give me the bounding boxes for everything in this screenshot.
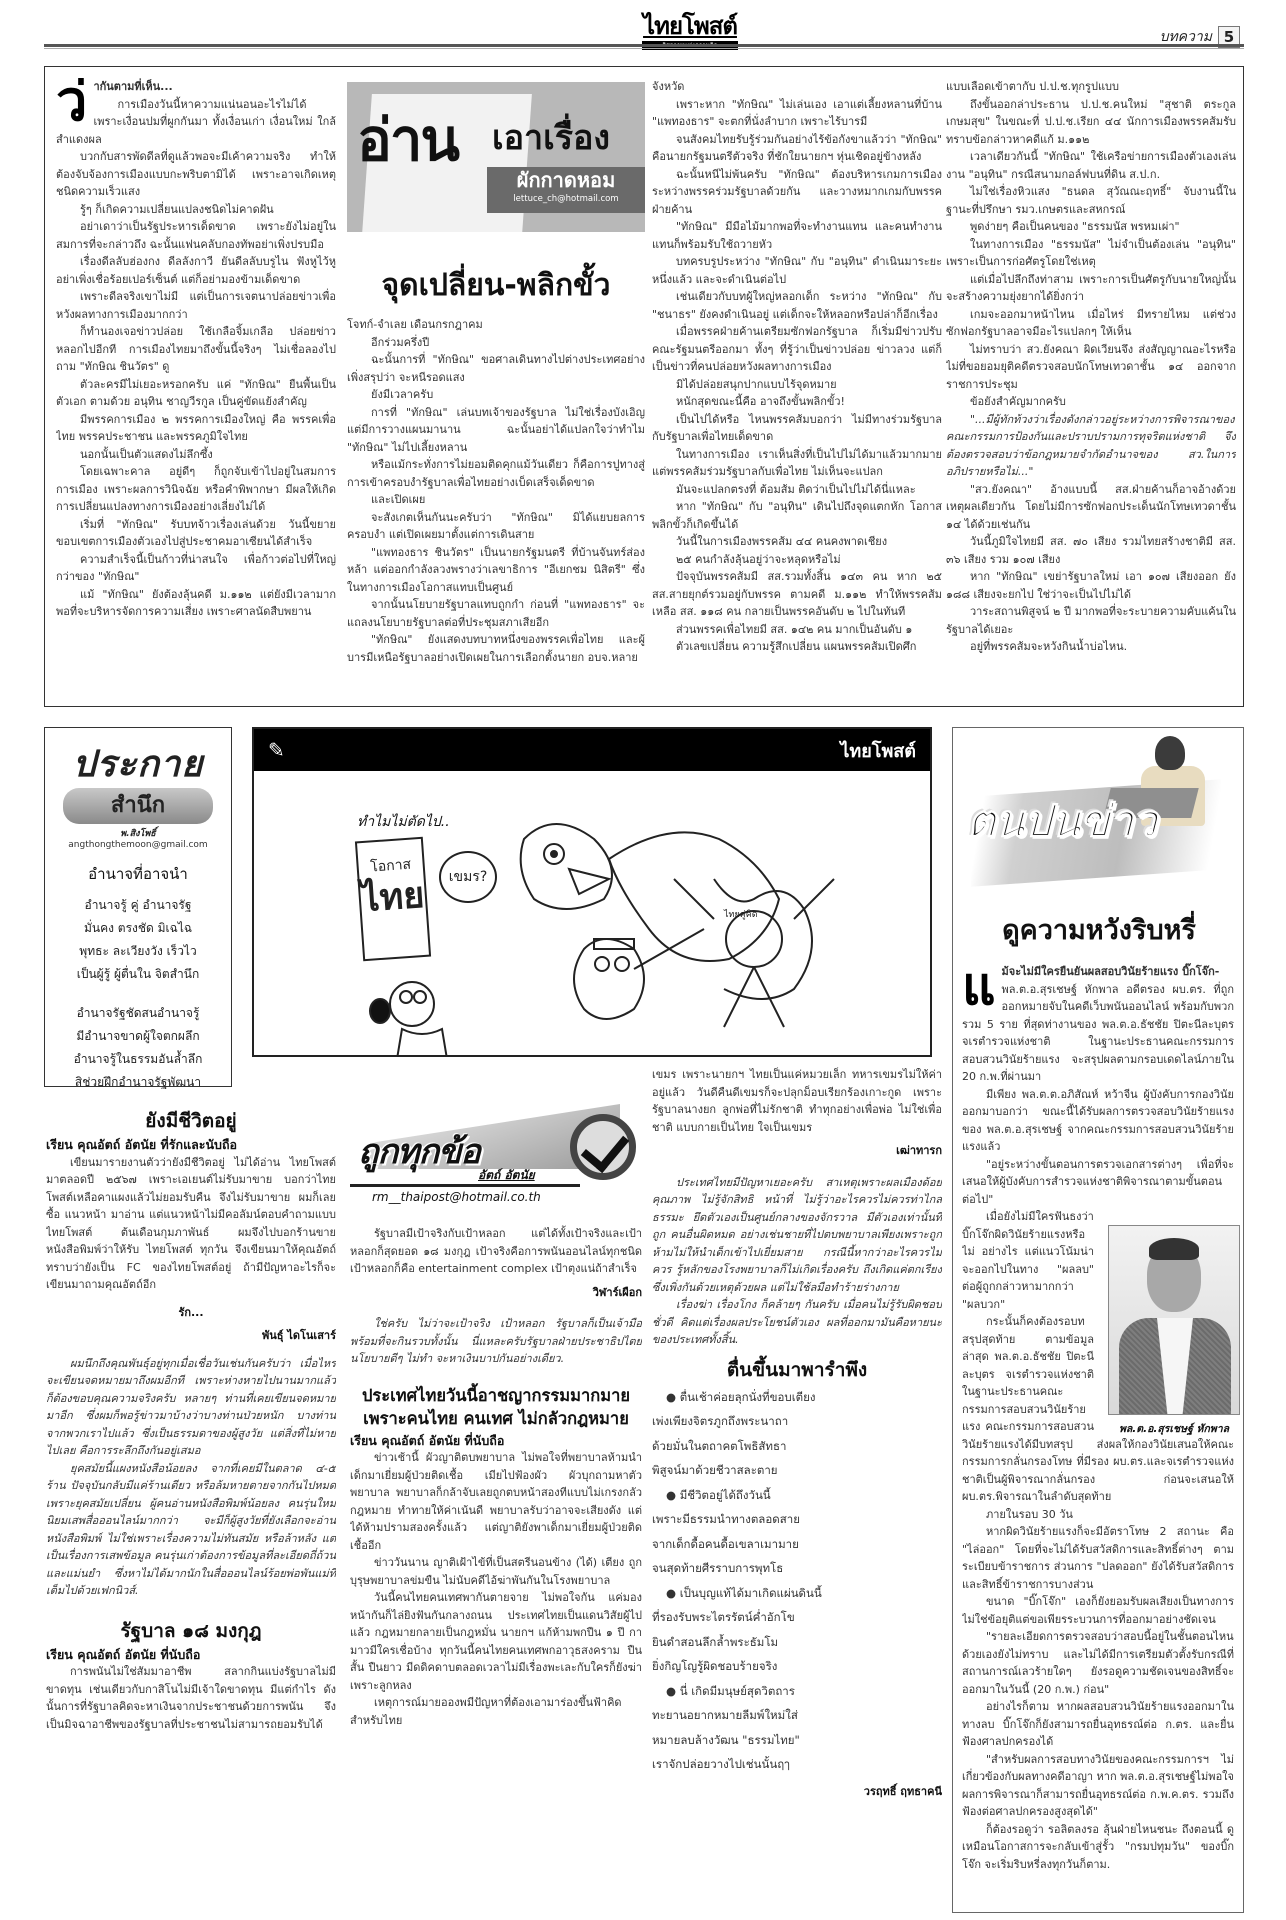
- poem-line: เป็นผู้รู้ ผู้ตื่นใน จิตสำนึก: [45, 963, 231, 986]
- paragraph: เป็นไปได้หรือ ไหนพรรคส้มบอกว่า ไม่มีทางร…: [652, 411, 942, 446]
- poem-line: มั่นคง ตรงชัด มิเฉไฉ: [45, 917, 231, 940]
- paragraph: บทครบรูประหว่าง "ทักษิณ" กับ "อนุทิน" ดำ…: [652, 253, 942, 288]
- paragraph: แบบเลือดเข้าตากับ ป.ป.ช.ทุกรูปแบบ: [946, 78, 1236, 96]
- letter-paragraph: ข่าววันนาน ญาติเฝ้าไข้ที่เป็นสตรีนอนข้าง…: [350, 1554, 642, 1589]
- poem-line: อำนาจรู้ในธรรมอันล้ำลึก: [45, 1048, 231, 1071]
- poem-line: พุทธะ ละเวียงวัง เร็วไว: [45, 940, 231, 963]
- poem-line: สิช่วยฝึกอำนาจรัฐพัฒนา: [45, 1071, 231, 1094]
- paragraph: มีเพียง พล.ต.ต.อภิสัณห์ หว้าจีน ผู้บังคั…: [962, 1086, 1234, 1156]
- qa-column-banner: ถูกทุกข้อ อัตถ์ อัตนัย rm__thaipost@hotm…: [350, 1092, 650, 1214]
- column-logo: ตนปนข่าว: [967, 786, 1156, 856]
- poem-line: อำนาจรู้ คู่ อำนาจรัฐ: [45, 894, 231, 917]
- letter-salutation: เรียน คุณอัตถ์ อัตนัย ที่นับถือ: [350, 1432, 642, 1450]
- paragraph: ๒๕ คนกำลังลุ้นอยู่ว่าจะหลุดหรือไม่: [652, 551, 942, 569]
- letter-signature: พันธุ์ ไดโนเสาร์: [46, 1327, 336, 1345]
- paragraph: วาระสถานพิสูจน์ ๒ ปี มากพอที่จะระบายความ…: [946, 603, 1236, 638]
- poem-line: ● เป็นบุญแท้ได้มาเกิดแผ่นดินนี้: [652, 1581, 942, 1606]
- cartoon-sign: โอกาส ไทย: [355, 837, 431, 961]
- poem-line: ● ตื่นเช้าค่อยลุกนั่งที่ขอบเตียง: [652, 1385, 942, 1410]
- paragraph: ฉะนั้นการที่ "ทักษิณ" ขอศาลเดินทางไปต่าง…: [347, 351, 645, 386]
- paragraph: จากนั้นนโยบายรัฐบาลแทบถูกกำ ก่อนที่ "แพท…: [347, 596, 645, 631]
- poem-line: เพราะมีธรรมนำทางตลอดสาย: [652, 1507, 942, 1532]
- girl-figure-icon: [362, 969, 472, 1057]
- poem-line: ด้วยมั่นในตถาคตโพธิสัทธา: [652, 1434, 942, 1459]
- cartoon-header-bar: ✎ ไทยโพสต์: [254, 729, 930, 771]
- paragraph: วันนี้ภูมิใจไทยมี สส. ๗๐ เสียง รวมไทยสร้…: [946, 533, 1236, 568]
- paragraph: มิได้ปล่อยสนุกปากแบบไร้จุดหมาย: [652, 376, 942, 394]
- paragraph: มีพรรคการเมือง ๒ พรรคการเมืองใหญ่ คือ พร…: [56, 411, 336, 446]
- poem-heading: ตื่นขึ้นมาพารำพึง: [652, 1357, 942, 1383]
- paragraph: ฉะนั้นหนีไม่พ้นครับ "ทักษิณ" ต้องบริหารเ…: [652, 166, 942, 219]
- dropcap: แ: [962, 963, 996, 1011]
- banner-author: อัตถ์ อัตนัย: [478, 1166, 535, 1185]
- paragraph: อย่างไรก็ตาม หากผลสอบสวนวินัยร้ายแรงออกม…: [962, 1698, 1234, 1751]
- letter-paragraph: ข่าวเช้านี้ ผัวญาติตบพยาบาล ไม่พอใจที่พย…: [350, 1449, 642, 1554]
- paragraph: เช่นเดียวกับบทผู้ใหญ่หลอกเด็ก ระหว่าง "ท…: [652, 288, 942, 323]
- paragraph: ปัจจุบันพรรคส้มมี สส.รวมทั้งสิ้น ๑๔๓ คน …: [652, 568, 942, 621]
- paragraph: เขมร เพราะนายกฯ ไทยเป็นแค่หมวยเล็ก ทหารเ…: [652, 1066, 942, 1136]
- paragraph: ในทางการเมือง เราเห็นสิ่งที่เป็นไปไม่ได้…: [652, 446, 942, 481]
- poem-author: พ.สิงโพธิ์: [45, 826, 231, 840]
- paragraph: อีกร่วมครึ่งปี: [347, 334, 645, 352]
- paragraph: "ทักษิณ" ยังแสดงบทบาทหนึ่งของพรรคเพื่อไท…: [347, 631, 645, 666]
- letter-title: ยังมีชีวิตอยู่: [46, 1108, 336, 1134]
- cartoon-letter-column: เขมร เพราะนายกฯ ไทยเป็นแค่หมวยเล็ก ทหารเ…: [652, 1066, 942, 1886]
- poem-box: ประกาย สำนึก พ.สิงโพธิ์ angthongthemoon@…: [44, 727, 232, 1087]
- poem-title: อำนาจที่อาจนำ: [45, 862, 231, 886]
- banner-email[interactable]: rm__thaipost@hotmail.co.th: [372, 1190, 541, 1204]
- letter-paragraph: รัฐบาลมีเป้าจริงกับเป้าหลอก แต่ได้ทั้งเป…: [350, 1225, 642, 1278]
- poem-line: ● มีชีวิตอยู่ได้ถึงวันนี้: [652, 1483, 942, 1508]
- letter-signature: เฒ่าทารก: [652, 1142, 942, 1160]
- dropcap: ว่: [56, 78, 87, 126]
- column-banner: อ่าน เอาเรื่อง ผักกาดหอม lettuce_ch@hotm…: [347, 82, 645, 232]
- reply-paragraph: เรื่องฆ่า เรื่องโกง ก็คล้ายๆ กันครับ เมื…: [652, 1296, 942, 1349]
- poem-line: พิสูจน์มาด้วยชีวาสละตาย: [652, 1458, 942, 1483]
- letters-mid-column: รัฐบาลมีเป้าจริงกับเป้าหลอก แต่ได้ทั้งเป…: [350, 1225, 642, 1915]
- poem-line: หมายลบล้างวัฒน "ธรรมไทย": [652, 1728, 942, 1753]
- paragraph: ก็ต้องรอดูว่า รอลิตลงรอ ลุ้นฝ่ายไหนชนะ ถ…: [962, 1821, 1234, 1874]
- paragraph: วันนี้ในการเมืองพรรคส้ม ๔๔ คนคงพาดเชียง: [652, 533, 942, 551]
- top-article-column-2: โจทก์-จำเลย เดือนกรกฎาคม อีกร่วมครึ่งปี …: [347, 316, 645, 702]
- paragraph: จนสังคมไทยรับรู้ร่วมกันอย่างไร้ข้อกังขาแ…: [652, 131, 942, 166]
- poem-line: จนสุดท้ายศีรราบการพุทโธ: [652, 1556, 942, 1581]
- top-article-column-4: แบบเลือดเข้าตากับ ป.ป.ช.ทุกรูปแบบ ถึงขั้…: [946, 78, 1236, 702]
- paragraph: "รายละเอียดการตรวจสอบว่าสอบนี้อยู่ในชั้น…: [962, 1628, 1234, 1698]
- cartoon-caption: ทำไมไม่ตัดไป..: [357, 811, 450, 833]
- paragraph: ถึงขั้นออกล่าประธาน ป.ป.ช.คนใหม่ "สุชาติ…: [946, 96, 1236, 149]
- letters-left-column: ยังมีชีวิตอยู่ เรียน คุณอัตถ์ อัตนัย ที่…: [46, 1100, 336, 1915]
- paragraph: เมื่อพรรคฝ่ายค้านเตรียมซักฟอกรัฐบาล ก็เร…: [652, 323, 942, 376]
- letter-salutation: เรียน คุณอัตถ์ อัตนัย ที่นับถือ: [46, 1646, 336, 1664]
- letter-closing: รัก...: [46, 1304, 336, 1322]
- poem-line: ยิ่งกิญโญรู้ผิดชอบร้ายจริง: [652, 1654, 942, 1679]
- paragraph: ขนาด "บิ๊กโจ๊ก" เองก็ยังยอมรับผลเสียงเป็…: [962, 1593, 1234, 1628]
- poem-signature: วรฤทธิ์ ฤทธาคนี: [652, 1783, 942, 1801]
- poem-line: เราจักปล่อยวางไปเช่นนั้นฤๅ: [652, 1752, 942, 1777]
- quote: "...มีผู้ทักท้วงว่าเรื่องดังกล่าวอยู่ระห…: [946, 411, 1236, 481]
- paragraph: อยู่ที่พรรคส้มจะหวังกินน้ำบ่อไหน.: [946, 638, 1236, 656]
- paragraph: "สว.ยังคณา" อ้างแบบนี้ สส.ฝ่ายค้านก็อาจอ…: [946, 481, 1236, 534]
- letter-title: ประเทศไทยวันนี้อาชญากรรมมากมาย เพราะคนไท…: [350, 1384, 642, 1430]
- paragraph: หาก "ทักษิณ" กับ "อนุทิน" เดินไปถึงจุดแต…: [652, 498, 942, 533]
- poem-line: เพ่งเพียงจิตรภูกถึงพระนาถา: [652, 1409, 942, 1434]
- poem-line: จากเด็กดื้อคนดื้อเขลาเมามาย: [652, 1532, 942, 1557]
- paragraph: ข้อยังสำคัญมากครับ: [946, 393, 1236, 411]
- paragraph: ยังมีเวลาครับ: [347, 386, 645, 404]
- cartoon-label: ไทยคู่คิด: [723, 909, 758, 920]
- paragraph: จะสังเกตเห็นกันนะครับว่า "ทักษิณ" มิได้แ…: [347, 509, 645, 544]
- letter-title: รัฐบาล ๑๘ มงกุฎ: [46, 1618, 336, 1644]
- poem-line: มีอำนาจขาดผู้ใจตกผลึก: [45, 1025, 231, 1048]
- editorial-cartoon: ✎ ไทยโพสต์ ทำไมไม่ตัดไป.. โอกาส ไทย เขมร…: [252, 727, 932, 1057]
- column-headline: ดูความหวังริบหรี่: [953, 908, 1245, 951]
- sign-text-2: ไทย: [360, 875, 427, 921]
- letter-paragraph: เหตุการณ์มายอองพมีปัญหาที่ต้องเอามาร่องข…: [350, 1694, 642, 1729]
- paragraph: บวกกับสารพัดดีลที่ดูแล้วพอจะมีเค้าความจร…: [56, 148, 336, 201]
- paragraph: หาก "ทักษิณ" เขย่ารัฐบาลใหม่ เอา ๑๐๗ เสี…: [946, 568, 1236, 603]
- paragraph: จังหวัด: [652, 78, 942, 96]
- paragraph: การเมืองวันนี้หาความแน่นอนอะไรไม่ได้ เพร…: [56, 96, 336, 149]
- letter-paragraph: วันนี้คนไทยคนเทศพากันตายจาย ไม่พอใจกัน แ…: [350, 1589, 642, 1694]
- reply-paragraph: ประเทศไทยมีปัญหาเยอะครับ สาเหตุเพราะผลเม…: [652, 1174, 942, 1297]
- paragraph: แม้ "ทักษิณ" ยังต้องลุ้นคดี ม.๑๑๒ แต่ยัง…: [56, 586, 336, 621]
- poem-line: ยินดำสอนลึกล้ำพระธัมโม: [652, 1630, 942, 1655]
- banner-title-big: อ่าน: [357, 110, 458, 170]
- paragraph: ความสำเร็จนี้เป็นก้าวที่น่าสนใจ เพื่อก้า…: [56, 551, 336, 586]
- article-lead: ากันตามที่เห็น...: [56, 78, 336, 96]
- article-headline: จุดเปลี่ยน-พลิกขั้ว: [347, 262, 645, 309]
- paragraph: เพราะดีลจริงเขาไม่มี แต่เป็นการเจตนาปล่อ…: [56, 288, 336, 323]
- cartoon-brand: ไทยโพสต์: [840, 736, 916, 765]
- banner-underline: [350, 1184, 580, 1187]
- byline-box: ผักกาดหอม lettuce_ch@hotmail.com: [487, 167, 645, 213]
- masthead-rule: [44, 44, 1244, 47]
- top-article-column-1: ว่ ากันตามที่เห็น... การเมืองวันนี้หาควา…: [56, 78, 336, 698]
- paragraph: โดยเฉพาะคาล อยู่ดีๆ ก็ถูกจับเข้าไปอยู่ใน…: [56, 463, 336, 516]
- poem-lines: ● ตื่นเช้าค่อยลุกนั่งที่ขอบเตียง เพ่งเพี…: [652, 1385, 942, 1777]
- letter-paragraph: เขียนมารายงานตัวว่ายังมีชีวิตอยู่ ไม่ได้…: [46, 1154, 336, 1294]
- paragraph: ก็ทำนองเจอข่าวปล่อย ใช้เกลือจิ้มเกลือ ปล…: [56, 323, 336, 376]
- reply-paragraph: ใช่ครับ ไม่ว่าจะเป้าจริง เป้าหลอก รัฐบาล…: [350, 1315, 642, 1368]
- paragraph: นอกนั้นเป็นตัวแสดงไม่ลึกซึ้ง: [56, 446, 336, 464]
- poem-email[interactable]: angthongthemoon@gmail.com: [45, 840, 231, 850]
- letter-salutation: เรียน คุณอัตถ์ อัตนัย ที่รักและนับถือ: [46, 1136, 336, 1154]
- paragraph: มันจะแปลกตรงที่ ต้อมส้ม ติดว่าเป็นไปไม่ไ…: [652, 481, 942, 499]
- paragraph: เรื่องดีลลับฮ่องกง ดีลลังกาวี ยันดีลลับบ…: [56, 253, 336, 288]
- paragraph: เวลาเดียวกันนี้ "ทักษิณ" ใช้เครือข่ายการ…: [946, 148, 1236, 183]
- reply-paragraph: ยุคสมัยนี้แผงหนังสือน้อยลง จากที่เคยมีใน…: [46, 1460, 336, 1600]
- paragraph: เพราะหาก "ทักษิณ" ไม่เล่นเอง เอาแต่เลี้ย…: [652, 96, 942, 131]
- poem-line: ● นี่ เกิดมีมนุษย์สุดวิตถาร: [652, 1679, 942, 1704]
- logo-text: ไทยโพสต์: [640, 12, 740, 40]
- banner-title: ถูกทุกข้อ: [358, 1124, 480, 1178]
- paragraph: พูดง่ายๆ คือเป็นคนของ "ธรรมนัส พรหมเผ่า": [946, 218, 1236, 236]
- poem-line: ที่รองรับพระไตรรัตน์ค่ำอักโข: [652, 1605, 942, 1630]
- paragraph: "สำหรับผลการสอบทางวินัยของคณะกรรมการฯ ไม…: [962, 1751, 1234, 1821]
- cartoon-drawing-icon: ไทยคู่คิด: [514, 799, 894, 1057]
- paragraph: ส่วนพรรคเพื่อไทยมี สส. ๑๔๒ คน มากเป็นอัน…: [652, 621, 942, 639]
- paragraph: พล.ต.อ.สุรเชษฐ์ หักพาล อดีตรอง ผบ.ตร. ที…: [962, 981, 1234, 1086]
- paragraph: โจทก์-จำเลย เดือนกรกฎาคม: [347, 316, 645, 334]
- paragraph: "ทักษิณ" มีมือไม้มากพอที่จะทำงานแทน และค…: [652, 218, 942, 253]
- paragraph: แต่เมื่อไปลึกถึงท่าสาม เพราะการเป็นศัตรู…: [946, 271, 1236, 306]
- paragraph: ไม่ใช่เรื่องหิวแสง "ธนดล สุวัณณะฤทธิ์" จ…: [946, 183, 1236, 218]
- banner-title-small: เอาเรื่อง: [492, 118, 610, 158]
- author-email[interactable]: lettuce_ch@hotmail.com: [487, 193, 645, 205]
- paragraph: เกมจะออกมาหน้าไหน เมื่อไหร่ มีทรายไหม แต…: [946, 306, 1236, 341]
- person-photo: [1108, 1225, 1240, 1415]
- paragraph: อย่าเดาว่าเป็นรัฐประหารเด็ดขาด เพราะยังไ…: [56, 218, 336, 253]
- paragraph: "อยู่ระหว่างขั้นตอนการตรวจเอกสารต่างๆ เพ…: [962, 1156, 1234, 1209]
- speech-bubble: เขมร?: [439, 851, 497, 903]
- letter-paragraph: การพนันไม่ใช่สัมมาอาชีพ สลากกินแบ่งรัฐบา…: [46, 1663, 336, 1733]
- reply-paragraph: ผมนึกถึงคุณพันธุ์อยู่ทุกเมื่อเชื่อวันเช่…: [46, 1355, 336, 1460]
- paragraph: "แพทองธาร ชินวัตร" เป็นนายกรัฐมนตรี ที่บ…: [347, 544, 645, 597]
- letter-signature: วิฬาร์เผือก: [350, 1284, 642, 1302]
- paragraph: เริ่มที่ "ทักษิณ" รับบทจ้าวเรื่องเล่นด้ว…: [56, 516, 336, 551]
- poem-line: ทะยานอยากหมายลีมพ์ใหม่ใส่: [652, 1703, 942, 1728]
- masthead-rule-thin: [44, 48, 1244, 49]
- photo-caption: พล.ต.อ.สุรเชษฐ์ หักพาล: [1108, 1420, 1240, 1437]
- paragraph: หรือแม้กระทั่งการไม่ยอมติดคุกแม้วันเดียว…: [347, 456, 645, 491]
- paragraph: และเปิดเผย: [347, 491, 645, 509]
- mascot-icon: ✎: [268, 738, 285, 762]
- paragraph: หนักสุดขณะนี้คือ อาจถึงขั้นพลิกขั้ว!: [652, 393, 942, 411]
- author-name: ผักกาดหอม: [487, 167, 645, 193]
- paragraph: ในทางการเมือง "ธรรมนัส" ไม่จำเป็นต้องเล่…: [946, 236, 1236, 271]
- article-lead: ม้จะไม่มีใครยืนยันผลสอบวินัยร้ายแรง บิ๊ก…: [962, 963, 1234, 981]
- paragraph: รู้ๆ ก็เกิดความเปลี่ยนแปลงชนิดไม่คาดฝัน: [56, 201, 336, 219]
- top-article-column-3: จังหวัด เพราะหาก "ทักษิณ" ไม่เล่นเอง เอา…: [652, 78, 942, 702]
- poem-column-scroll: สำนึก: [63, 788, 213, 824]
- paragraph: ตัวเลขเปลี่ยน ความรู้สึกเปลี่ยน แผนพรรคส…: [652, 638, 942, 656]
- poem-line: อำนาจรัฐชัดสนอำนาจรู้: [45, 1002, 231, 1025]
- poem-column-logo: ประกาย: [45, 742, 231, 788]
- paragraph: การที่ "ทักษิณ" เล่นบทเจ้าของรัฐบาล ไม่ใ…: [347, 404, 645, 457]
- checkmark-icon: [570, 1114, 636, 1180]
- paragraph: หากผิดวินัยร้ายแรงก็จะมีอัตราโทษ 2 สถานะ…: [962, 1523, 1234, 1593]
- paragraph: ตัวละครมีไม่เยอะหรอกครับ แค่ "ทักษิณ" ยื…: [56, 376, 336, 411]
- paragraph: ไม่ทราบว่า สว.ยังคณา ผิดเวียนจึง ส่งสัญญ…: [946, 341, 1236, 394]
- paragraph: ภายในรอบ 30 วัน: [962, 1506, 1234, 1524]
